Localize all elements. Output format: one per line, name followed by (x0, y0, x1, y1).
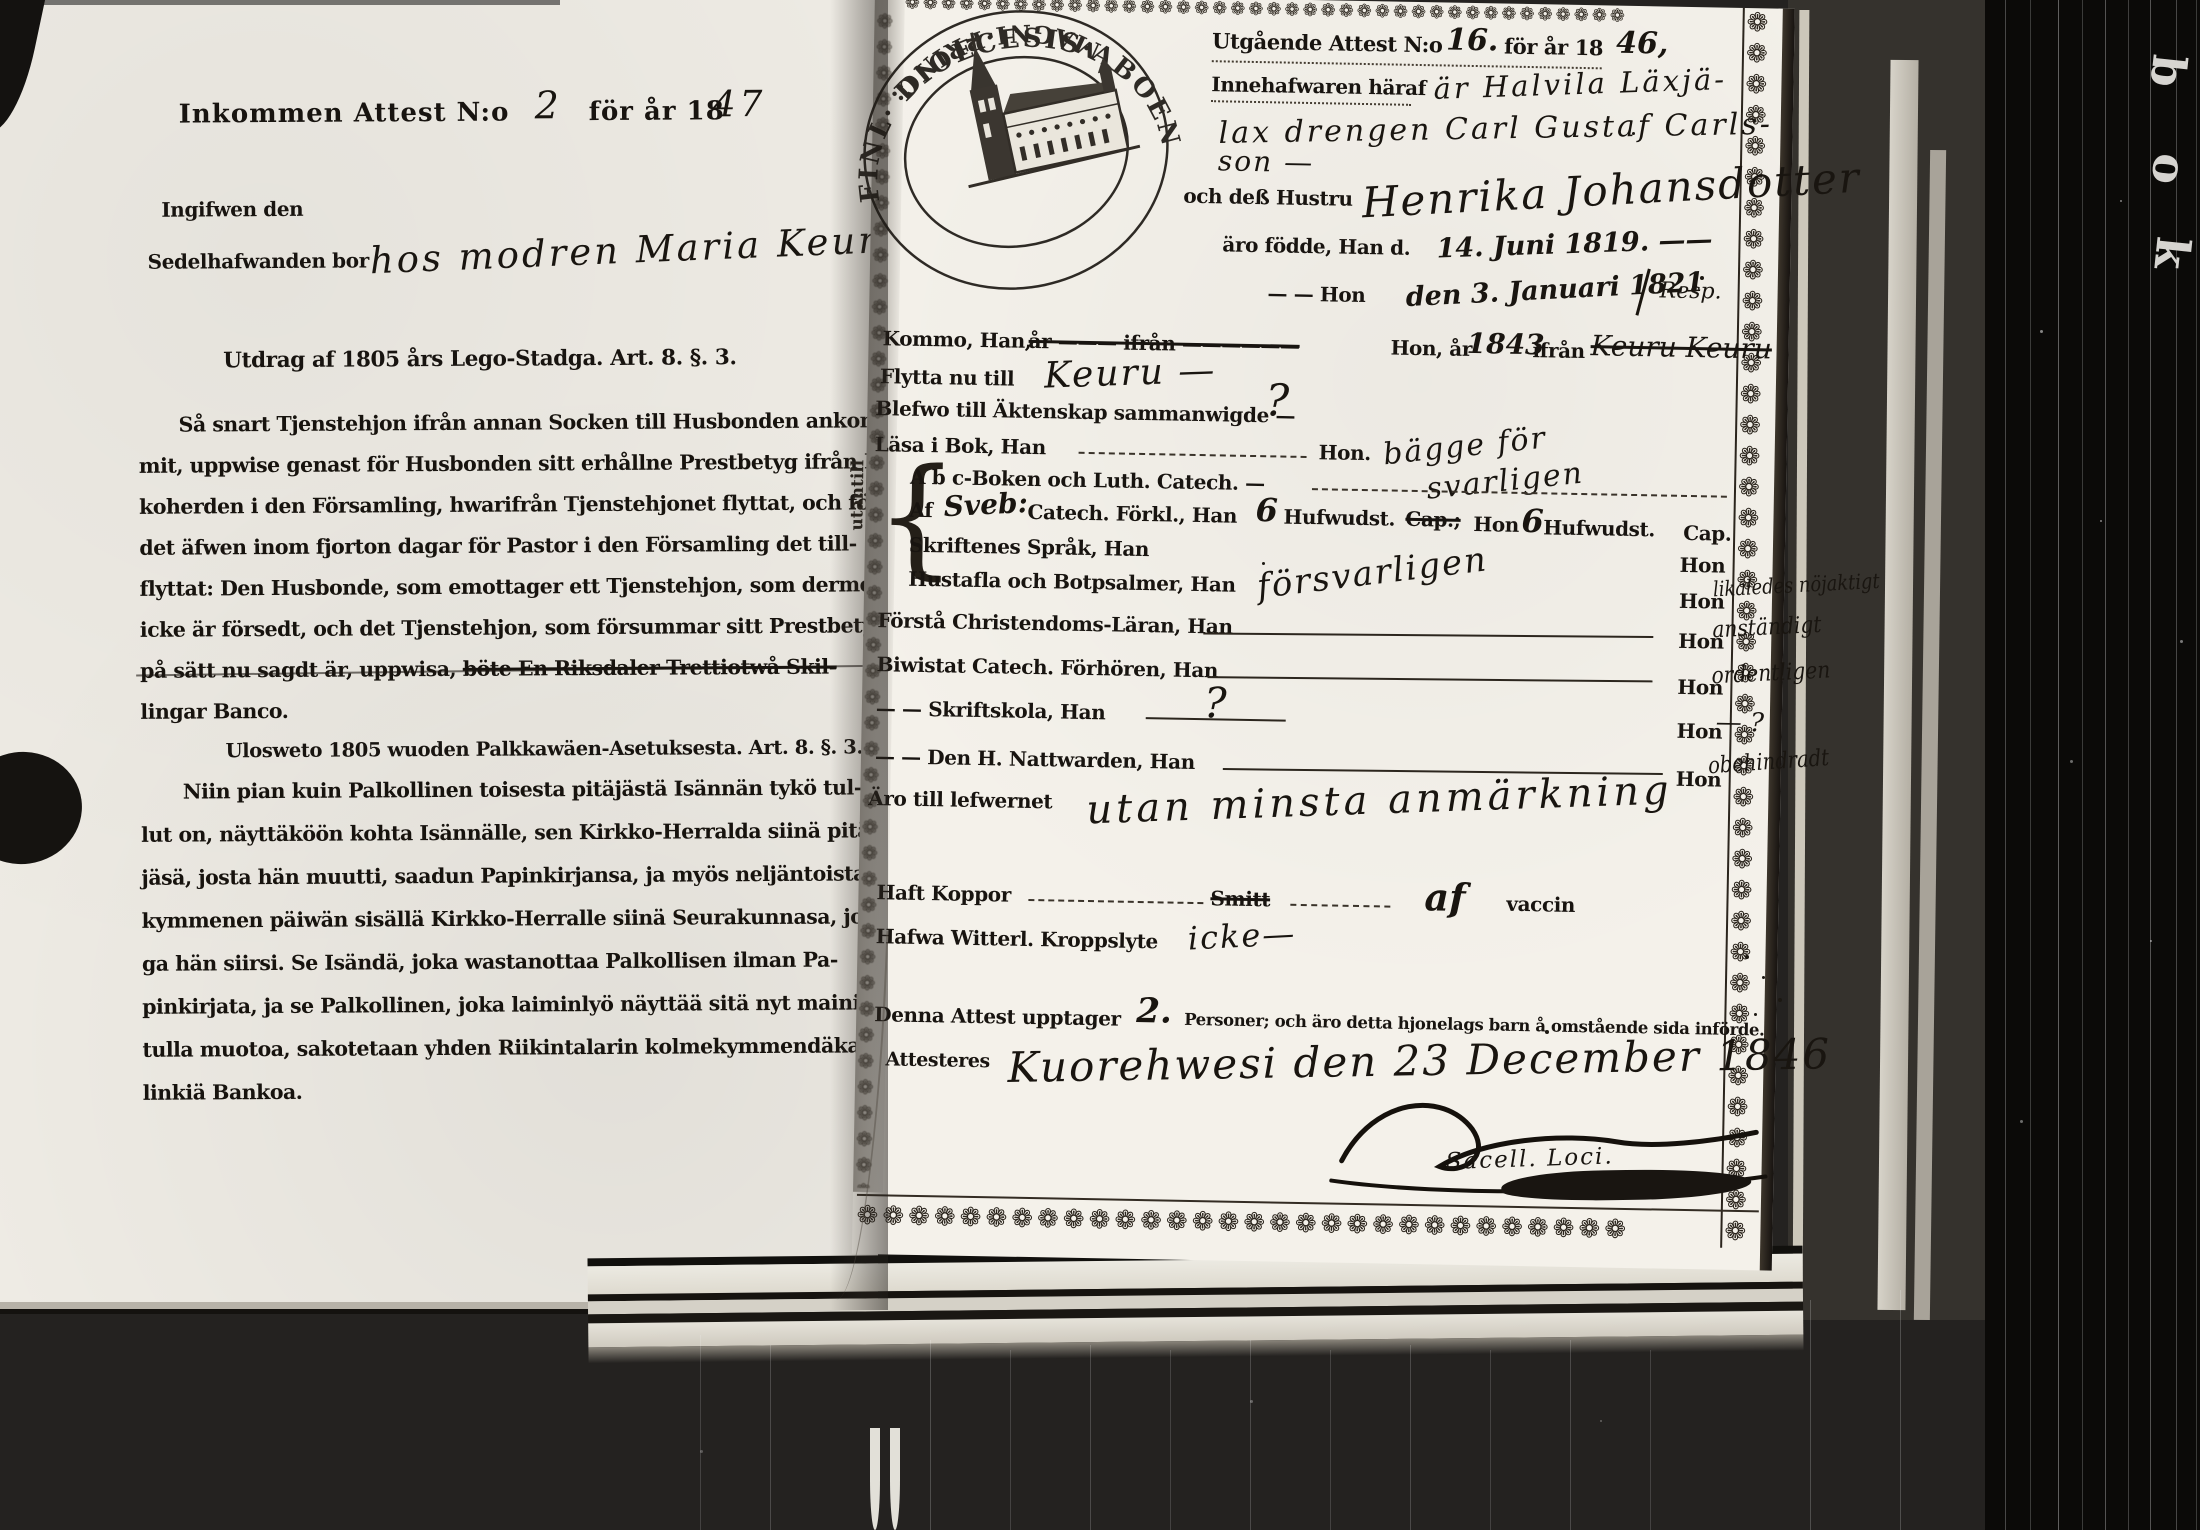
dust-speck (2150, 940, 2152, 942)
swedish-line: flyttat: Den Husbonde, som emottager ett… (140, 574, 887, 599)
finnish-line: lut on, näyttäköön kohta Isännälle, sen … (141, 820, 878, 845)
finnish-line: pinkirjata, ja se Palkollinen, joka laim… (142, 992, 868, 1017)
scratch-line (2058, 0, 2059, 1530)
dust-speck (700, 1450, 703, 1453)
nattwarden-label: — — Den H. Nattwarden, Han (875, 744, 1195, 774)
lefwernet-handwritten: utan minsta anmärkning (1086, 767, 1674, 833)
swedish-line7-plain: på sätt nu sagdt är, uppwisa, (140, 657, 463, 683)
left-header-prefix: Inkommen Attest N:o (179, 98, 510, 130)
dotted-rule (1211, 100, 1411, 106)
form-title-prefix: Utgående Attest N:o (1212, 28, 1443, 57)
left-header-number-handwritten: 2 (535, 83, 559, 127)
scratch-line (1170, 1350, 1171, 1530)
finnish-line: jäsä, josta hän muutti, saadun Papinkirj… (141, 863, 874, 888)
attesteres-label: Attesteres (885, 1048, 990, 1072)
kommo-ifran-label: ifrån (1532, 338, 1585, 363)
afsveb-hon-label: Hon (1473, 512, 1519, 537)
finnish-statute-heading: Ulosweto 1805 wuoden Palkkawäen-Asetukse… (226, 735, 863, 762)
dust-speck (1600, 1420, 1602, 1422)
scratch-line (2030, 0, 2031, 1530)
kroppslyte-label: Hafwa Witterl. Kroppslyte (875, 924, 1158, 953)
finnish-line: tulla muotoa, sakotetaan yhden Riikintal… (142, 1035, 935, 1060)
scratch-line (1570, 1340, 1571, 1530)
scratch-line (2105, 0, 2106, 1530)
scratch-line (2150, 0, 2151, 1530)
edge-letter: o (2141, 151, 2198, 187)
handwritten-rule (1203, 632, 1653, 638)
left-page-bottom-edge (0, 1302, 660, 1309)
page-top-edge-shadow (0, 0, 560, 5)
scanned-document-page: { "left_page": { "header_prefix": "Inkom… (0, 0, 2200, 1530)
left-header-mid: för år 18 (589, 96, 725, 127)
forsta-label: Förstå Christendoms-Läran, Han (877, 608, 1233, 639)
ink-speck (1754, 1013, 1757, 1016)
ink-speck (1545, 1030, 1549, 1034)
skriftenes-label: Skriftenes Språk, Han (909, 533, 1150, 561)
skriftenes-hon-label: Hon (1679, 553, 1725, 578)
bearer-label: Sedelhafwanden bor (148, 248, 369, 273)
dust-speck (2120, 200, 2122, 202)
hustafla-han-handwritten: försvarligen (1255, 539, 1490, 607)
skriftskola-handwritten: ? (1204, 678, 1227, 727)
scratch-line (1090, 1345, 1091, 1530)
scratch-line (2128, 0, 2129, 1530)
finnish-line: ga hän siirsi. Se Isändä, joka wastanott… (142, 950, 838, 975)
swedish-line: lingar Banco. (140, 701, 288, 722)
swedish-statute-heading: Utdrag af 1805 års Lego-Stadga. Art. 8. … (223, 345, 736, 373)
scratch-line (2005, 0, 2006, 1530)
scratch-line (1330, 1350, 1331, 1530)
scratch-line (1900, 1290, 1901, 1530)
swedish-line: Så snart Tjenstehjon ifrån annan Socken … (179, 410, 889, 435)
page-mark-bar (890, 1428, 900, 1530)
page-mark-bar (870, 1428, 880, 1530)
kommo-label: Kommo, Han, (882, 326, 1031, 353)
afsveb-han-hufwudst: Hufwudst. (1283, 505, 1395, 531)
dashed-rule (1290, 904, 1390, 908)
blefwo-label: Blefwo till Äktenskap sammanwigde — (875, 396, 1295, 428)
holder-handwritten-3: son — (1218, 144, 1315, 179)
dust-speck (2040, 330, 2043, 333)
koppor-vaccin-label: vaccin (1506, 892, 1575, 917)
dashed-rule (1079, 452, 1307, 458)
scratch-line (930, 1340, 931, 1530)
holder-handwritten-2: lax drengen Carl Gustaf Carls- (1218, 107, 1773, 151)
kommo-hon-label: Hon, år (1390, 336, 1472, 361)
black-band (1985, 0, 2200, 1530)
kommo-hon-place-struck: Keuru Keuru (1590, 329, 1772, 365)
finnish-line: linkiä Bankoa. (143, 1082, 303, 1103)
scratch-line (1250, 1340, 1251, 1530)
finnish-line: kymmenen päiwän sisällä Kirkko-Herralle … (142, 906, 914, 931)
ink-speck (1632, 132, 1635, 135)
koppor-af-handwritten: af (1424, 874, 1466, 920)
scratch-line (1490, 1350, 1491, 1530)
denna-number-handwritten: 2. (1136, 991, 1172, 1032)
ink-speck (1778, 998, 1782, 1002)
afsveb-hon-number-handwritten: 6 (1521, 502, 1544, 540)
handwritten-rule (1207, 676, 1652, 682)
skriftskola-hon-handwritten: — ? (1715, 708, 1764, 739)
biwistat-label: Biwistat Catech. Förhören, Han (876, 652, 1218, 682)
edge-letter: k (2143, 234, 2200, 271)
left-page: Inkommen Attest N:o 2 för år 18 47 Ingif… (0, 0, 882, 1305)
left-header-year-handwritten: 47 (713, 84, 767, 125)
born-label: äro födde, Han d. (1222, 232, 1410, 259)
scratch-line (770, 1345, 771, 1530)
scratch-line (1010, 1350, 1011, 1530)
swedish-line: det äfwen inom fjorton dagar för Pastor … (139, 533, 856, 558)
dust-speck (2100, 520, 2102, 522)
scratch-line (2082, 0, 2083, 1530)
ingifwen-label: Ingifwen den (161, 197, 303, 222)
afsveb-han-number-handwritten: 6 (1255, 491, 1278, 529)
blefwo-handwritten: ? (1265, 375, 1290, 426)
scratch-line (1810, 1300, 1811, 1530)
born-hon-handwritten-2: Resp. (1659, 278, 1721, 304)
born-han-handwritten: 14. Juni 1819. —— (1436, 224, 1713, 264)
afsveb-mid-label: Catech. Förkl., Han (1027, 500, 1237, 528)
edge-letter: b (2140, 52, 2197, 90)
ink-speck (1262, 562, 1265, 565)
ink-speck (1700, 276, 1704, 280)
form-title-year-handwritten: 46, (1616, 26, 1669, 62)
koppor-smitt-struck: Smitt (1210, 886, 1270, 911)
afsveb-han-cap-struck: Cap.; (1405, 507, 1461, 532)
swedish-line: mit, uppwise genast för Husbonden sitt e… (139, 451, 910, 476)
scratch-line (2196, 0, 2197, 1530)
denna-prefix: Denna Attest upptager (874, 1002, 1121, 1031)
born-hon-label: — — Hon (1267, 281, 1365, 307)
skriftskola-label: — — Skriftskola, Han (876, 696, 1106, 724)
holder-handwritten-1: är Halvila Läxjä- (1433, 62, 1728, 106)
holder-label: Innehafwaren häraf (1211, 72, 1426, 100)
scratch-line (1410, 1345, 1411, 1530)
flytta-label: Flytta nu till (880, 364, 1015, 390)
dust-speck (2070, 760, 2073, 763)
scratch-line (2176, 0, 2177, 1530)
lefwernet-label: Äro till lefwernet (868, 786, 1052, 813)
afsveb-af-label: Af (909, 498, 932, 522)
dashed-rule (1028, 899, 1203, 904)
ink-speck (1745, 955, 1749, 959)
form-title-mid: för år 18 (1504, 34, 1603, 61)
koppor-label: Haft Koppor (876, 880, 1011, 906)
kroppslyte-handwritten: icke— (1187, 914, 1297, 958)
flytta-handwritten: Keuru — (1043, 350, 1217, 397)
dust-speck (2180, 640, 2183, 643)
swedish-line: koherden i den Församling, hwarifrån Tje… (139, 492, 914, 517)
finnish-line: Niin pian kuin Palkollinen toisesta pitä… (183, 777, 862, 802)
hustafla-label: Hustafla och Botpsalmer, Han (908, 567, 1236, 597)
afsveb-hon-hufwudst: Hufwudst. (1543, 515, 1655, 541)
dust-speck (1250, 1400, 1253, 1403)
scratch-line (700, 1335, 701, 1530)
swedish-line: icke är försedt, och det Tjenstehjon, so… (140, 615, 894, 640)
afsveb-handwritten: Sveb: (943, 486, 1029, 523)
scratch-line (1650, 1350, 1651, 1530)
form-title-number-handwritten: 16. (1446, 22, 1499, 58)
ink-speck (1762, 976, 1765, 979)
dust-speck (2020, 1120, 2023, 1123)
wife-label: och deß Hustru (1183, 184, 1353, 211)
lasa-hon-label: Hon. (1318, 440, 1371, 465)
afsveb-hon-cap: Cap. (1683, 521, 1732, 546)
